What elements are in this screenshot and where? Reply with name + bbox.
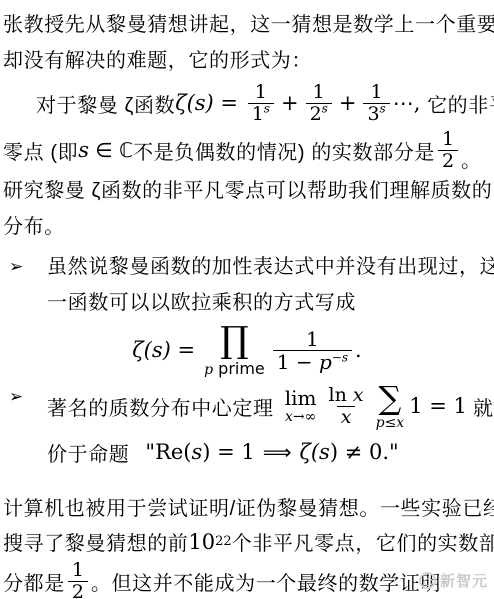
- zeta-lhs: ζ(s) =: [175, 91, 245, 115]
- fraction-term-3: 13s: [363, 82, 389, 125]
- zeta-lead-text: 对于黎曼 ζ函数: [36, 89, 175, 118]
- limit-operator: lim x→∞: [285, 388, 317, 424]
- bullet-prime-theorem: ➢ 著名的质数分布中心定理 lim x→∞ ln x x ∑ p≤x 1 = 1…: [3, 379, 491, 471]
- bullet-arrow-icon: ➢: [3, 379, 47, 471]
- study-line1: 研究黎曼 ζ函数的非平凡零点可以帮助我们理解质数的: [3, 173, 491, 209]
- study-line2: 分布。: [3, 209, 491, 245]
- product-operator: ∏ p prime: [204, 323, 265, 377]
- clt-equation: 1 = 1: [409, 394, 467, 418]
- implies-arrow: ⟹: [263, 440, 292, 464]
- one-half-fraction: 12: [68, 560, 88, 599]
- zeta-series-line1: 对于黎曼 ζ函数ζ(s) = 11s + 12s + 13s ⋯, 它的非平凡: [3, 79, 491, 127]
- ellipsis-comma: ⋯,: [393, 91, 427, 115]
- study-paragraph: 研究黎曼 ζ函数的非平凡零点可以帮助我们理解质数的 分布。: [3, 173, 491, 245]
- document-page: 张教授先从黎曼猜想讲起，这一猜想是数学上一个重要 却没有解决的难题，它的形式为：…: [0, 0, 494, 599]
- bullet-euler-product: ➢ 虽然说黎曼函数的加性表达式中并没有出现过，这 一函数可以以欧拉乘积的方式写成: [3, 249, 491, 321]
- euler-product-formula: ζ(s) = ∏ p prime 1 1 − p−s .: [3, 321, 491, 379]
- proposition-open: "Re(: [145, 440, 191, 464]
- computer-line3: 分都是 12 。但这并不能成为一个最终的数学证明: [3, 559, 491, 599]
- bullet-arrow-icon: ➢: [3, 249, 47, 321]
- zeta-tail-text: 它的非平凡: [427, 89, 494, 118]
- fraction-term-2: 12s: [306, 82, 332, 125]
- zero-text-mid: 不是负偶数的情况) 的实数部分是: [133, 136, 435, 165]
- proposition-lead: 价于命题: [47, 438, 129, 467]
- intro-line1: 张教授先从黎曼猜想讲起，这一猜想是数学上一个重要: [3, 7, 491, 43]
- zeta-definition-paragraph: 对于黎曼 ζ函数ζ(s) = 11s + 12s + 13s ⋯, 它的非平凡 …: [3, 79, 491, 173]
- bullet1-line2: 一函数可以以欧拉乘积的方式写成: [47, 285, 494, 321]
- intro-line2: 却没有解决的难题，它的形式为：: [3, 43, 491, 79]
- computer-paragraph: 计算机也被用于尝试证明/证伪黎曼猜想。一些实验已经 搜寻了黎曼猜想的前1022个…: [3, 489, 491, 599]
- euler-lhs: ζ(s) =: [132, 338, 195, 362]
- element-of-complex: ∈ ℂ: [89, 138, 133, 162]
- plus-sign: +: [339, 91, 357, 115]
- sum-operator: ∑ p≤x: [376, 382, 405, 430]
- watermark: 新智元: [419, 570, 488, 591]
- formula-period: .: [355, 338, 362, 362]
- euler-fraction: 1 1 − p−s: [273, 328, 352, 373]
- clt-tail-text: 就等: [467, 392, 494, 421]
- computer-line1: 计算机也被用于尝试证明/证伪黎曼猜想。一些实验已经: [3, 489, 491, 524]
- clt-line2: 价于命题 "Re(s) = 1 ⟹ ζ(s) ≠ 0.": [47, 433, 494, 471]
- intro-paragraph: 张教授先从黎曼猜想讲起，这一猜想是数学上一个重要 却没有解决的难题，它的形式为：: [3, 7, 491, 79]
- plus-sign: +: [281, 91, 299, 115]
- one-half-fraction: 12: [438, 129, 458, 172]
- fraction-term-1: 11s: [248, 82, 274, 125]
- xinzhiyuan-logo-icon: [419, 572, 436, 589]
- lnx-over-x-fraction: ln x x: [325, 385, 368, 428]
- computer-line2: 搜寻了黎曼猜想的前1022个非平凡零点，它们的实数部: [3, 524, 491, 559]
- zero-text-pre: 零点 (即: [3, 136, 78, 165]
- clt-line1: 著名的质数分布中心定理 lim x→∞ ln x x ∑ p≤x 1 = 1 就…: [47, 379, 494, 433]
- ten-power-base: 10: [188, 530, 215, 554]
- zeta-series-line2: 零点 (即s ∈ ℂ不是负偶数的情况) 的实数部分是 12 。: [3, 127, 491, 173]
- clt-lead-text: 著名的质数分布中心定理: [47, 392, 280, 421]
- s-variable: s: [78, 138, 89, 162]
- proposition-end: ) ≠ 0.": [330, 440, 399, 464]
- watermark-text: 新智元: [440, 570, 488, 591]
- bullet1-line1: 虽然说黎曼函数的加性表达式中并没有出现过，这: [47, 249, 494, 285]
- period-mark: 。: [461, 151, 482, 173]
